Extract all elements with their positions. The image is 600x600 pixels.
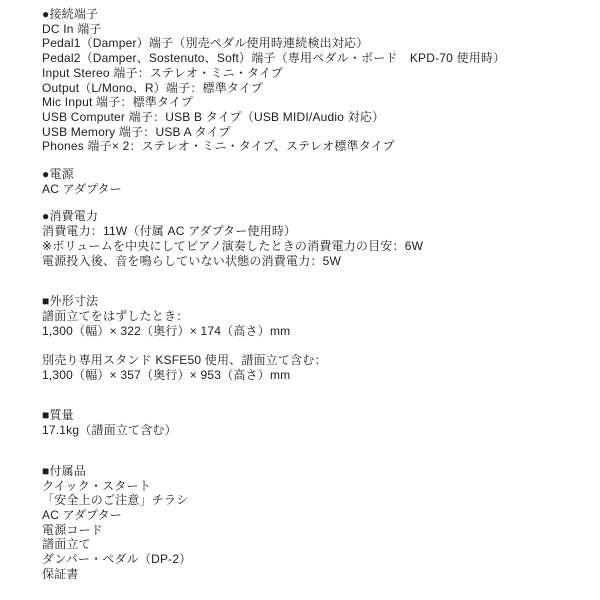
spec-line: Phones 端子× 2：ステレオ・ミニ・タイプ、ステレオ標準タイプ bbox=[42, 139, 592, 154]
section-heading: ■質量 bbox=[42, 408, 592, 423]
spec-section: ■質量17.1kg（譜面立て含む） bbox=[42, 408, 592, 437]
spec-line: AC アダプター bbox=[42, 508, 592, 523]
spec-line: Mic Input 端子：標準タイプ bbox=[42, 95, 592, 110]
spec-line: 別売り専用スタンド KSFE50 使用、譜面立て含む： bbox=[42, 353, 592, 368]
spec-line: 電源投入後、音を鳴らしていない状態の消費電力：5W bbox=[42, 254, 592, 269]
spec-line: DC In 端子 bbox=[42, 22, 592, 37]
section-heading: ■外形寸法 bbox=[42, 294, 592, 309]
spec-line: 消費電力：11W（付属 AC アダプター使用時） bbox=[42, 224, 592, 239]
spec-line: ダンパー・ペダル（DP-2） bbox=[42, 552, 592, 567]
spec-line: ※ボリュームを中央にしてピアノ演奏したときの消費電力の目安：6W bbox=[42, 239, 592, 254]
spec-section: ●電源AC アダプター bbox=[42, 167, 592, 196]
spec-line: 1,300（幅）× 357（奥行）× 953（高さ）mm bbox=[42, 368, 592, 383]
spec-line: 「安全上のご注意」チラシ bbox=[42, 493, 592, 508]
spec-line: 譜面立て bbox=[42, 537, 592, 552]
spec-line: USB Computer 端子：USB B タイプ（USB MIDI/Audio… bbox=[42, 110, 592, 125]
spec-section: ■外形寸法譜面立てをはずしたとき：1,300（幅）× 322（奥行）× 174（… bbox=[42, 294, 592, 382]
spec-line: 譜面立てをはずしたとき： bbox=[42, 309, 592, 324]
spec-line: Output（L/Mono、R）端子：標準タイプ bbox=[42, 81, 592, 96]
spec-line: 1,300（幅）× 322（奥行）× 174（高さ）mm bbox=[42, 324, 592, 339]
spec-section: ●接続端子DC In 端子Pedal1（Damper）端子（別売ペダル使用時連続… bbox=[42, 7, 592, 154]
spec-line: Input Stereo 端子：ステレオ・ミニ・タイプ bbox=[42, 66, 592, 81]
section-heading: ●電源 bbox=[42, 167, 592, 182]
spec-line: 17.1kg（譜面立て含む） bbox=[42, 423, 592, 438]
spec-section: ■付属品クイック・スタート「安全上のご注意」チラシAC アダプター電源コード譜面… bbox=[42, 464, 592, 582]
section-heading: ■付属品 bbox=[42, 464, 592, 479]
spec-line: 電源コード bbox=[42, 523, 592, 538]
spec-line: 保証書 bbox=[42, 567, 592, 582]
spec-line: Pedal2（Damper、Sostenuto、Soft）端子（専用ペダル・ボー… bbox=[42, 51, 592, 66]
spec-line: クイック・スタート bbox=[42, 479, 592, 494]
spec-sections-container: ●接続端子DC In 端子Pedal1（Damper）端子（別売ペダル使用時連続… bbox=[42, 7, 592, 582]
spec-line: USB Memory 端子：USB A タイプ bbox=[42, 125, 592, 140]
spec-document: ●接続端子DC In 端子Pedal1（Damper）端子（別売ペダル使用時連続… bbox=[0, 0, 600, 600]
spec-line: Pedal1（Damper）端子（別売ペダル使用時連続検出対応） bbox=[42, 36, 592, 51]
spec-section: ●消費電力消費電力：11W（付属 AC アダプター使用時）※ボリュームを中央にし… bbox=[42, 209, 592, 268]
spec-line: AC アダプター bbox=[42, 182, 592, 197]
blank-line bbox=[42, 338, 592, 353]
section-heading: ●消費電力 bbox=[42, 209, 592, 224]
section-heading: ●接続端子 bbox=[42, 7, 592, 22]
